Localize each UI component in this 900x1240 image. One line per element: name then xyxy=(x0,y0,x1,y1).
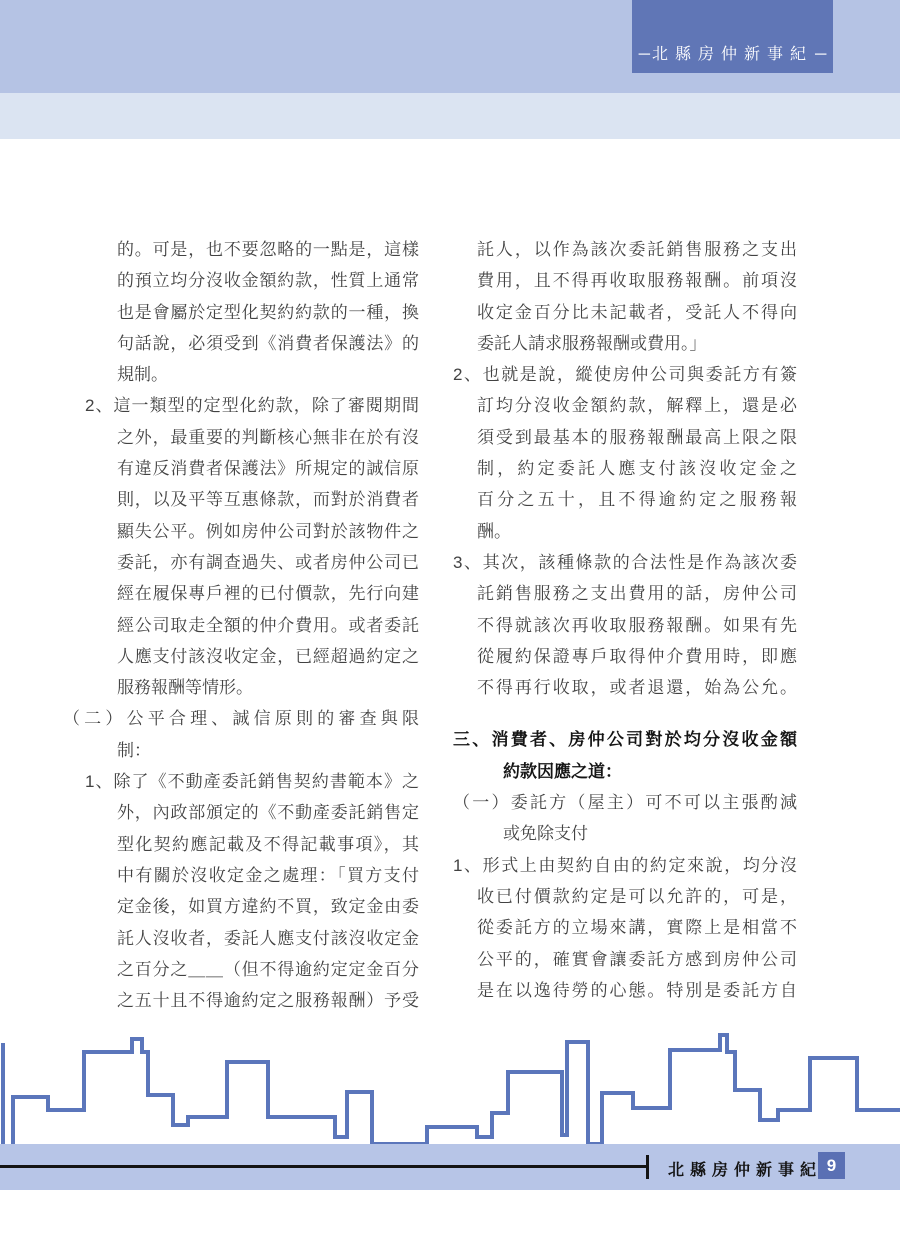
text-line: 約款因應之道： xyxy=(453,756,797,787)
text-line: 公平的，確實會讓委託方感到房仲公司 xyxy=(453,944,797,975)
text-line: 是在以逸待勞的心態。特別是委託方自 xyxy=(453,975,797,1006)
left-text-column: 的。可是，也不要忽略的一點是，這樣的預立均分沒收金額約款，性質上通常也是會屬於定… xyxy=(63,234,419,1016)
header-title-dash-left: ─ xyxy=(639,46,650,64)
text-line: 須受到最基本的服務報酬最高上限之限 xyxy=(453,422,797,453)
text-line: 3、其次，該種條款的合法性是作為該次委 xyxy=(453,547,797,578)
header-title-dash-right: ─ xyxy=(815,46,826,64)
text-line: 2、也就是說，縱使房仲公司與委託方有簽 xyxy=(453,359,797,390)
text-line: 句話說，必須受到《消費者保護法》的 xyxy=(63,328,419,359)
text-line: 人應支付該沒收定金，已經超過約定之 xyxy=(63,641,419,672)
text-line: 之五十且不得逾約定之服務報酬）予受 xyxy=(63,985,419,1016)
text-line: 2、這一類型的定型化約款，除了審閱期間 xyxy=(63,390,419,421)
text-line: 從履約保證專戶取得仲介費用時，即應 xyxy=(453,641,797,672)
right-text-column: 託人，以作為該次委託銷售服務之支出費用，且不得再收取服務報酬。前項沒收定金百分比… xyxy=(453,234,797,1006)
text-line: 委託人請求服務報酬或費用。」 xyxy=(453,328,797,359)
text-line: 也是會屬於定型化契約約款的一種，換 xyxy=(63,297,419,328)
footer-rule-tick xyxy=(646,1155,649,1179)
text-line: 外，內政部頒定的《不動產委託銷售定 xyxy=(63,797,419,828)
text-line: 百分之五十，且不得逾約定之服務報 xyxy=(453,484,797,515)
text-line: 經公司取走全額的仲介費用。或者委託 xyxy=(63,610,419,641)
city-skyline-illustration xyxy=(0,1020,900,1146)
text-line: 的預立均分沒收金額約款，性質上通常 xyxy=(63,265,419,296)
text-line: 不得就該次再收取服務報酬。如果有先 xyxy=(453,610,797,641)
text-line: 顯失公平。例如房仲公司對於該物件之 xyxy=(63,516,419,547)
text-line: 型化契約應記載及不得記載事項》，其 xyxy=(63,829,419,860)
text-line: （一）委託方（屋主）可不可以主張酌減 xyxy=(453,787,797,818)
text-line: 1、形式上由契約自由的約定來說，均分沒 xyxy=(453,850,797,881)
text-line: 有違反消費者保護法》所規定的誠信原 xyxy=(63,453,419,484)
text-line: 經在履保專戶裡的已付價款，先行向建 xyxy=(63,578,419,609)
text-line: 中有關於沒收定金之處理：「買方支付 xyxy=(63,860,419,891)
text-line: 不得再行收取，或者退還，始為公允。 xyxy=(453,672,797,703)
text-line: 託銷售服務之支出費用的話，房仲公司 xyxy=(453,578,797,609)
text-line: 三、消費者、房仲公司對於均分沒收金額 xyxy=(453,724,797,755)
page-number: 9 xyxy=(827,1156,836,1176)
text-line: 1、除了《不動產委託銷售契約書範本》之 xyxy=(63,766,419,797)
text-line: 託人沒收者，委託人應支付該沒收定金 xyxy=(63,923,419,954)
text-line: 訂均分沒收金額約款，解釋上，還是必 xyxy=(453,390,797,421)
footer-title: 北縣房仲新事紀 xyxy=(668,1157,822,1180)
header-title-box: ─ 北縣房仲新事紀 ─ xyxy=(632,0,833,73)
text-line: 或免除支付 xyxy=(453,818,797,849)
text-line: 服務報酬等情形。 xyxy=(63,672,419,703)
text-line: 則，以及平等互惠條款，而對於消費者 xyxy=(63,484,419,515)
text-line: 之百分之＿＿（但不得逾約定定金百分 xyxy=(63,954,419,985)
text-line: 的。可是，也不要忽略的一點是，這樣 xyxy=(63,234,419,265)
footer-rule-line xyxy=(0,1165,648,1168)
text-line: 酬。 xyxy=(453,516,797,547)
page-number-badge: 9 xyxy=(818,1152,845,1179)
magazine-page: ─ 北縣房仲新事紀 ─ 的。可是，也不要忽略的一點是，這樣的預立均分沒收金額約款… xyxy=(0,0,900,1240)
text-line: 之外，最重要的判斷核心無非在於有沒 xyxy=(63,422,419,453)
text-line: 制： xyxy=(63,735,419,766)
header-title: 北縣房仲新事紀 xyxy=(652,41,813,64)
text-line: 規制。 xyxy=(63,359,419,390)
text-line: 委託，亦有調查過失、或者房仲公司已 xyxy=(63,547,419,578)
text-line: 定金後，如買方違約不買，致定金由委 xyxy=(63,891,419,922)
text-line: 託人，以作為該次委託銷售服務之支出 xyxy=(453,234,797,265)
header-band-light xyxy=(0,93,900,139)
text-line: 費用，且不得再收取服務報酬。前項沒 xyxy=(453,265,797,296)
text-line: （二）公平合理、誠信原則的審查與限 xyxy=(63,703,419,734)
text-line: 收定金百分比未記載者，受託人不得向 xyxy=(453,297,797,328)
text-line: 從委託方的立場來講，實際上是相當不 xyxy=(453,912,797,943)
text-line: 制，約定委託人應支付該沒收定金之 xyxy=(453,453,797,484)
text-line: 收已付價款約定是可以允許的，可是， xyxy=(453,881,797,912)
